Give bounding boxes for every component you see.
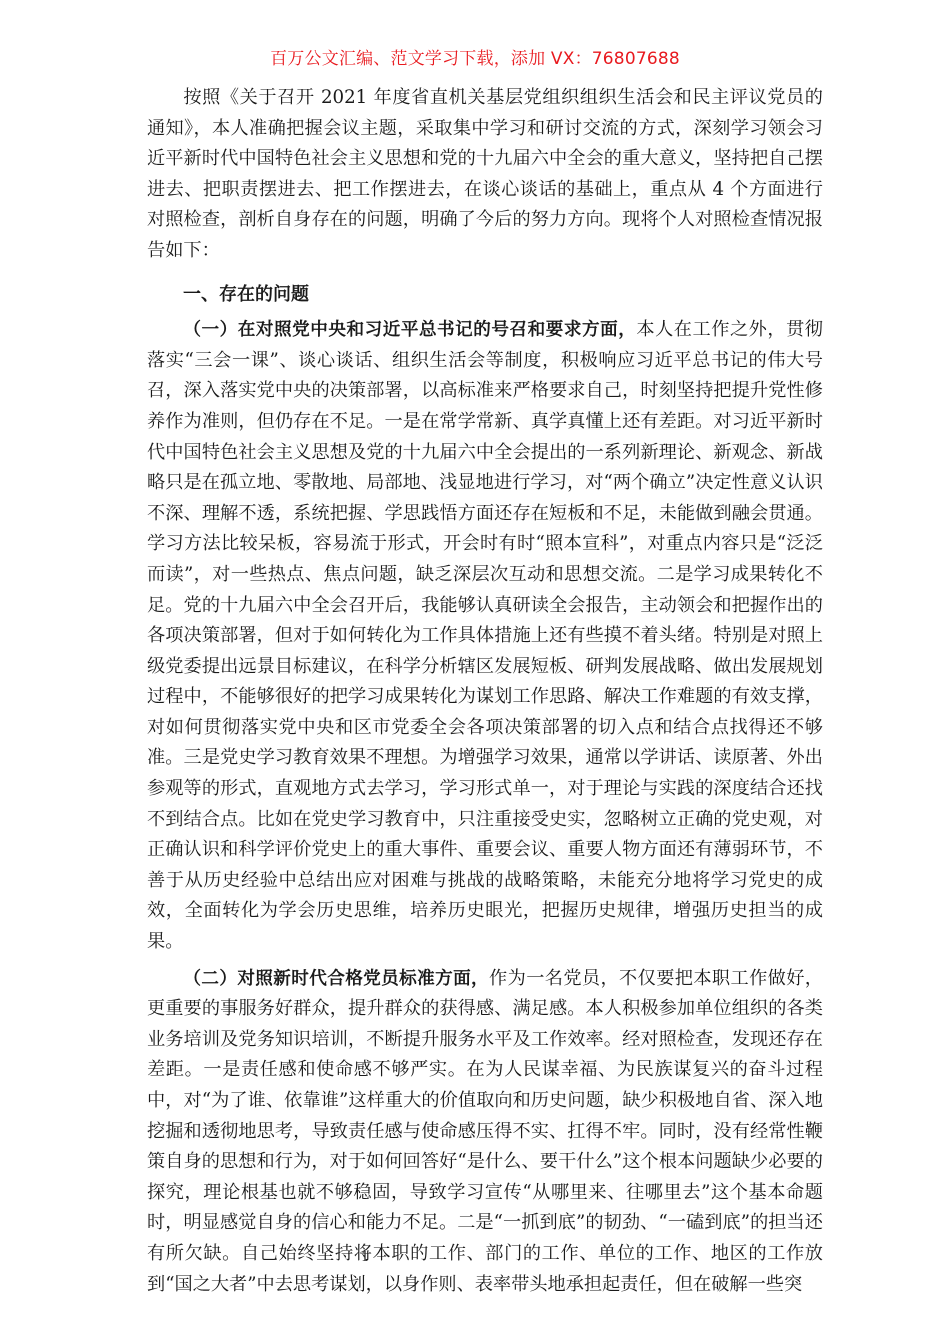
subsection-1-lead: （一）在对照党中央和习近平总书记的号召和要求方面， bbox=[183, 320, 636, 340]
document-body: 按照《关于召开 2021 年度省直机关基层党组织组织生活会和民主评议党员的通知》… bbox=[147, 83, 823, 1300]
promo-banner: 百万公文汇编、范文学习下载，添加 VX：76807688 bbox=[0, 44, 950, 69]
section-heading: 一、存在的问题 bbox=[147, 280, 823, 311]
subsection-1-paragraph: （一）在对照党中央和习近平总书记的号召和要求方面，本人在工作之外，贯彻落实“三会… bbox=[147, 315, 823, 957]
subsection-1-text: 本人在工作之外，贯彻落实“三会一课”、谈心谈话、组织生活会等制度，积极响应习近平… bbox=[147, 319, 823, 952]
intro-paragraph: 按照《关于召开 2021 年度省直机关基层党组织组织生活会和民主评议党员的通知》… bbox=[147, 83, 823, 267]
page-number: 1 bbox=[0, 1250, 730, 1265]
document-page: 百万公文汇编、范文学习下载，添加 VX：76807688 按照《关于召开 202… bbox=[0, 0, 950, 1344]
subsection-2-lead: （二）对照新时代合格党员标准方面， bbox=[183, 969, 489, 989]
subsection-2-text: 作为一名党员，不仅要把本职工作做好，更重要的事服务好群众，提升群众的获得感、满足… bbox=[147, 968, 823, 1295]
